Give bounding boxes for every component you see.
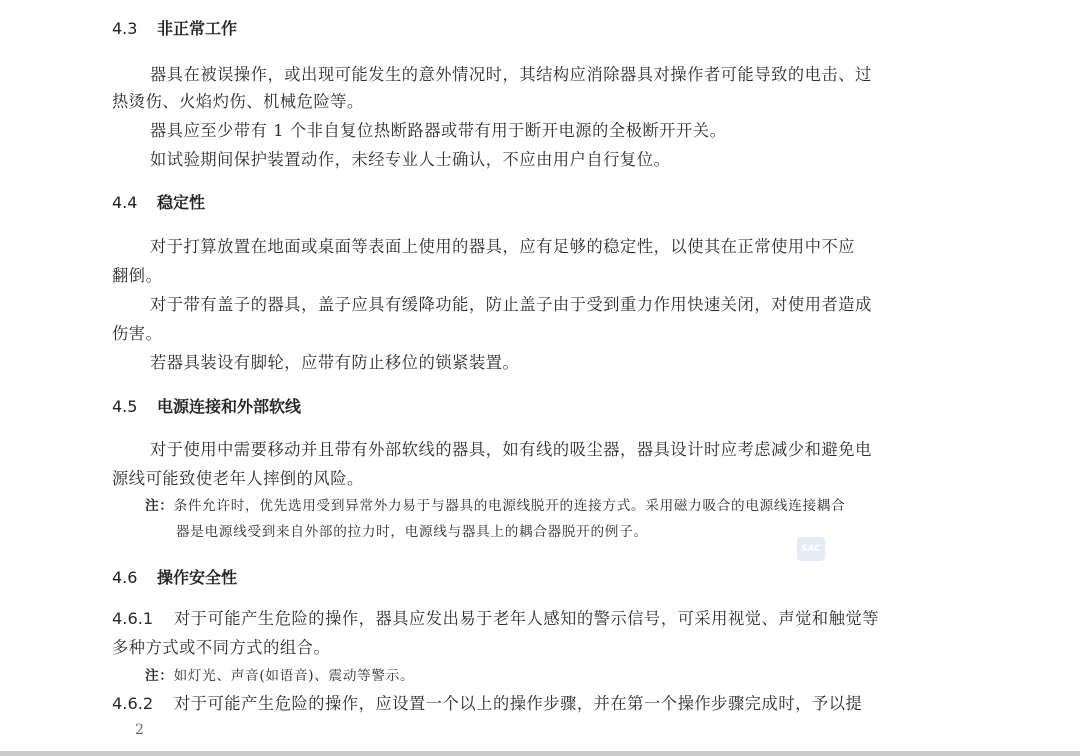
subsection-number: 4.6.2 bbox=[112, 694, 174, 713]
paragraph-line: 若器具装设有脚轮，应带有防止移位的锁紧装置。 bbox=[150, 349, 519, 373]
paragraph-line: 对于打算放置在地面或桌面等表面上使用的器具，应有足够的稳定性，以使其在正常使用中… bbox=[150, 233, 855, 257]
section-heading-4-6: 4.6操作安全性 bbox=[112, 565, 237, 588]
paragraph-line: 伤害。 bbox=[112, 320, 162, 344]
subsection-number: 4.6.1 bbox=[112, 609, 174, 628]
note-continuation: 器是电源线受到来自外部的拉力时，电源线与器具上的耦合器脱开的例子。 bbox=[176, 520, 648, 540]
section-title: 稳定性 bbox=[157, 193, 205, 212]
section-title: 操作安全性 bbox=[157, 568, 237, 587]
subsection-4-6-2: 4.6.2对于可能产生危险的操作，应设置一个以上的操作步骤，并在第一个操作步骤完… bbox=[112, 690, 862, 714]
section-title: 电源连接和外部软线 bbox=[157, 397, 301, 416]
note-text: 如灯光、声音(如语音)、震动等警示。 bbox=[174, 668, 415, 684]
section-number: 4.4 bbox=[112, 193, 157, 212]
note-text: 条件允许时，优先选用受到异常外力易于与器具的电源线脱开的连接方式。采用磁力吸合的… bbox=[174, 498, 846, 514]
section-number: 4.3 bbox=[112, 19, 157, 38]
paragraph-line: 源线可能致使老年人摔倒的风险。 bbox=[112, 465, 364, 489]
section-title: 非正常工作 bbox=[157, 19, 237, 38]
page-number: 2 bbox=[135, 722, 144, 738]
paragraph-line: 器具在被误操作，或出现可能发生的意外情况时，其结构应消除器具对操作者可能导致的电… bbox=[150, 61, 872, 85]
section-heading-4-5: 4.5电源连接和外部软线 bbox=[112, 394, 301, 417]
paragraph-line: 多种方式或不同方式的组合。 bbox=[112, 634, 330, 658]
note-label: 注： bbox=[145, 668, 174, 684]
paragraph-line: 如试验期间保护装置动作，未经专业人士确认，不应由用户自行复位。 bbox=[150, 146, 670, 170]
section-number: 4.6 bbox=[112, 568, 157, 587]
section-heading-4-3: 4.3非正常工作 bbox=[112, 16, 237, 39]
paragraph-line: 对于可能产生危险的操作，器具应发出易于老年人感知的警示信号，可采用视觉、声觉和触… bbox=[174, 609, 879, 628]
section-number: 4.5 bbox=[112, 397, 157, 416]
note-label: 注： bbox=[145, 498, 174, 514]
paragraph-line: 翻倒。 bbox=[112, 262, 162, 286]
paragraph-line: 对于使用中需要移动并且带有外部软线的器具，如有线的吸尘器，器具设计时应考虑减少和… bbox=[150, 436, 872, 460]
page-bottom-border bbox=[0, 751, 1080, 756]
note: 注：条件允许时，优先选用受到异常外力易于与器具的电源线脱开的连接方式。采用磁力吸… bbox=[145, 494, 845, 514]
paragraph-line: 对于可能产生危险的操作，应设置一个以上的操作步骤，并在第一个操作步骤完成时，予以… bbox=[174, 694, 862, 713]
document-page: 4.3非正常工作 器具在被误操作，或出现可能发生的意外情况时，其结构应消除器具对… bbox=[0, 0, 1080, 751]
section-heading-4-4: 4.4稳定性 bbox=[112, 190, 205, 213]
sac-watermark-logo: SAC bbox=[797, 537, 825, 561]
paragraph-line: 对于带有盖子的器具，盖子应具有缓降功能，防止盖子由于受到重力作用快速关闭，对使用… bbox=[150, 291, 872, 315]
paragraph-line: 热烫伤、火焰灼伤、机械危险等。 bbox=[112, 88, 364, 112]
paragraph-line: 器具应至少带有 1 个非自复位热断路器或带有用于断开电源的全极断开开关。 bbox=[150, 117, 726, 141]
note: 注：如灯光、声音(如语音)、震动等警示。 bbox=[145, 664, 414, 684]
subsection-4-6-1: 4.6.1对于可能产生危险的操作，器具应发出易于老年人感知的警示信号，可采用视觉… bbox=[112, 605, 879, 629]
